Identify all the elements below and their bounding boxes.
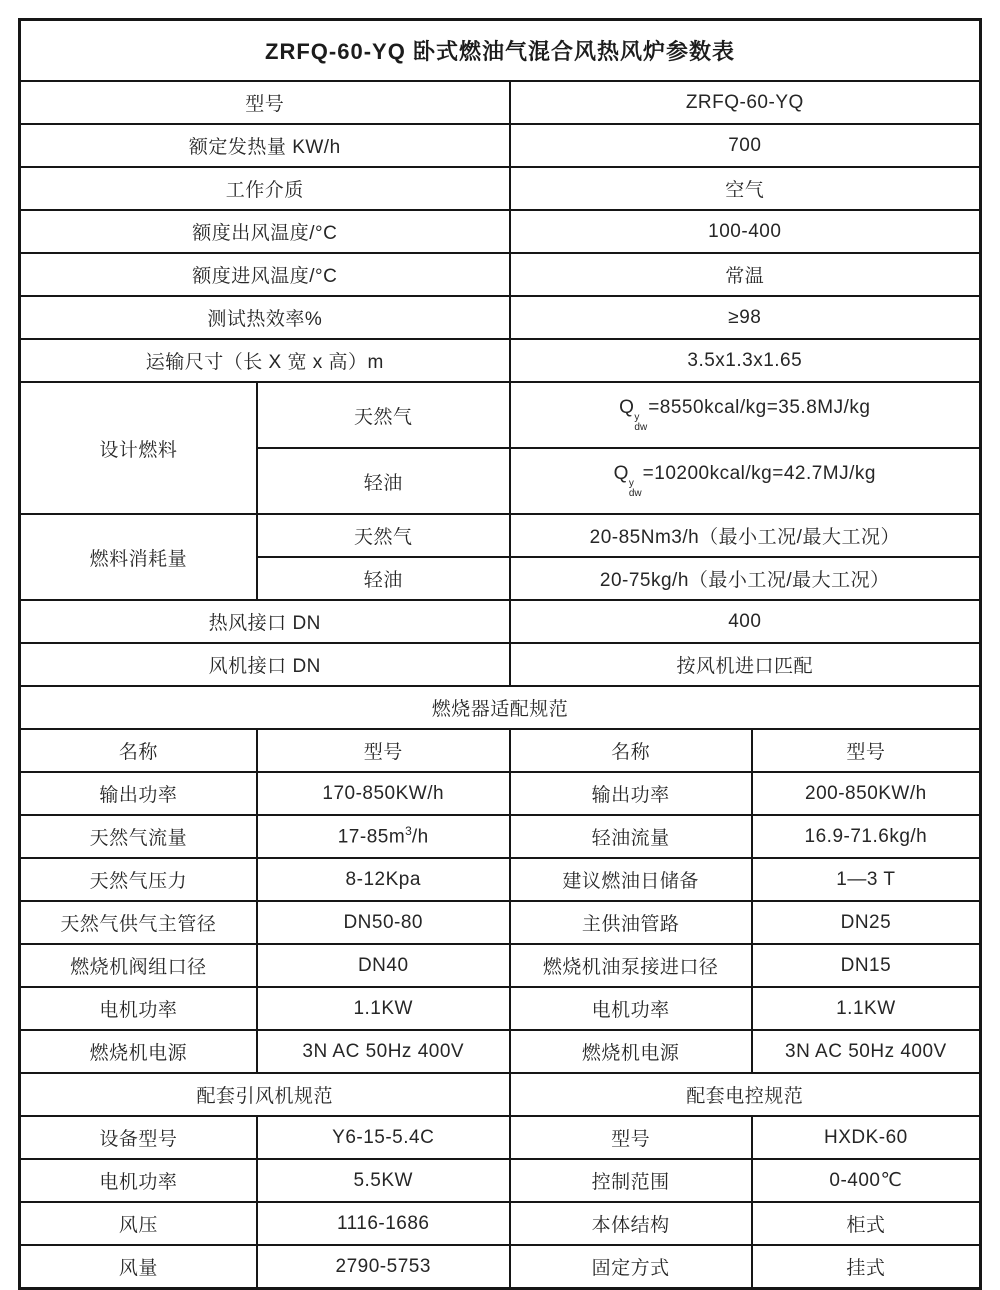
param-value: 20-75kg/h（最小工况/最大工况）	[510, 557, 981, 600]
table-row: 型号 ZRFQ-60-YQ	[20, 81, 981, 124]
param-value: 100-400	[510, 210, 981, 253]
param-label: 额度进风温度/°C	[20, 253, 510, 296]
param-value: 挂式	[752, 1245, 981, 1289]
param-value: 5.5KW	[257, 1159, 510, 1202]
param-label: 运输尺寸（长 X 宽 x 高）m	[20, 339, 510, 382]
group-label-fuel-consumption: 燃料消耗量	[20, 514, 257, 600]
table-row: 测试热效率% ≥98	[20, 296, 981, 339]
param-value: 0-400℃	[752, 1159, 981, 1202]
table-row: 电机功率 1.1KW 电机功率 1.1KW	[20, 987, 981, 1030]
param-value: DN40	[257, 944, 510, 987]
table-row: 热风接口 DN 400	[20, 600, 981, 643]
param-value: 16.9-71.6kg/h	[752, 815, 981, 858]
param-label: 额定发热量 KW/h	[20, 124, 510, 167]
param-label: 型号	[20, 81, 510, 124]
sup-sub-stack: ydw	[634, 413, 647, 434]
param-value: 20-85Nm3/h（最小工况/最大工况）	[510, 514, 981, 557]
table-row: 燃料消耗量 天然气 20-85Nm3/h（最小工况/最大工况）	[20, 514, 981, 557]
section-header-control: 配套电控规范	[510, 1073, 981, 1116]
param-label: 输出功率	[20, 772, 257, 815]
param-label: 建议燃油日储备	[510, 858, 752, 901]
param-label: 燃烧机油泵接进口径	[510, 944, 752, 987]
table-row: 运输尺寸（长 X 宽 x 高）m 3.5x1.3x1.65	[20, 339, 981, 382]
param-value: 170-850KW/h	[257, 772, 510, 815]
table-row: 额定发热量 KW/h 700	[20, 124, 981, 167]
param-value: ZRFQ-60-YQ	[510, 81, 981, 124]
param-value: 1116-1686	[257, 1202, 510, 1245]
table-row: 风压 1116-1686 本体结构 柜式	[20, 1202, 981, 1245]
param-label: 燃烧机电源	[20, 1030, 257, 1073]
param-label: 输出功率	[510, 772, 752, 815]
table-row: 设计燃料 天然气 Qydw=8550kcal/kg=35.8MJ/kg	[20, 382, 981, 448]
table-row: 燃烧机阀组口径 DN40 燃烧机油泵接进口径 DN15	[20, 944, 981, 987]
table-row: 名称 型号 名称 型号	[20, 729, 981, 772]
param-label: 测试热效率%	[20, 296, 510, 339]
param-value: 按风机进口匹配	[510, 643, 981, 686]
table-title: ZRFQ-60-YQ 卧式燃油气混合风热风炉参数表	[20, 20, 981, 82]
param-label: 本体结构	[510, 1202, 752, 1245]
param-label: 控制范围	[510, 1159, 752, 1202]
table-row: 工作介质 空气	[20, 167, 981, 210]
param-label: 固定方式	[510, 1245, 752, 1289]
param-label: 燃烧机阀组口径	[20, 944, 257, 987]
table-row: 天然气供气主管径 DN50-80 主供油管路 DN25	[20, 901, 981, 944]
param-value: 400	[510, 600, 981, 643]
param-value: Qydw=8550kcal/kg=35.8MJ/kg	[510, 382, 981, 448]
param-value: 2790-5753	[257, 1245, 510, 1289]
column-header: 型号	[257, 729, 510, 772]
param-label: 主供油管路	[510, 901, 752, 944]
param-value: 3N AC 50Hz 400V	[752, 1030, 981, 1073]
table-row: 天然气压力 8-12Kpa 建议燃油日储备 1—3 T	[20, 858, 981, 901]
param-value: DN50-80	[257, 901, 510, 944]
table-row: 额度进风温度/°C 常温	[20, 253, 981, 296]
table-row: 天然气流量 17-85m3/h 轻油流量 16.9-71.6kg/h	[20, 815, 981, 858]
param-label: 电机功率	[20, 987, 257, 1030]
param-value: ≥98	[510, 296, 981, 339]
section-header-fan: 配套引风机规范	[20, 1073, 510, 1116]
table-row: 设备型号 Y6-15-5.4C 型号 HXDK-60	[20, 1116, 981, 1159]
param-label: 天然气	[257, 382, 510, 448]
param-value: 200-850KW/h	[752, 772, 981, 815]
param-label: 热风接口 DN	[20, 600, 510, 643]
param-label: 型号	[510, 1116, 752, 1159]
param-label: 工作介质	[20, 167, 510, 210]
table-row: 电机功率 5.5KW 控制范围 0-400℃	[20, 1159, 981, 1202]
param-value: 柜式	[752, 1202, 981, 1245]
param-value: DN25	[752, 901, 981, 944]
param-value: 1.1KW	[752, 987, 981, 1030]
table-row: ZRFQ-60-YQ 卧式燃油气混合风热风炉参数表	[20, 20, 981, 82]
param-label: 额度出风温度/°C	[20, 210, 510, 253]
param-label: 风机接口 DN	[20, 643, 510, 686]
param-value: 3.5x1.3x1.65	[510, 339, 981, 382]
table-row: 配套引风机规范 配套电控规范	[20, 1073, 981, 1116]
table-row: 风机接口 DN 按风机进口匹配	[20, 643, 981, 686]
param-label: 轻油	[257, 448, 510, 514]
param-label: 轻油流量	[510, 815, 752, 858]
sup-sub-stack: ydw	[629, 479, 642, 500]
param-value: 1.1KW	[257, 987, 510, 1030]
param-value: Y6-15-5.4C	[257, 1116, 510, 1159]
table-row: 燃烧器适配规范	[20, 686, 981, 729]
param-label: 风量	[20, 1245, 257, 1289]
parameter-table: ZRFQ-60-YQ 卧式燃油气混合风热风炉参数表 型号 ZRFQ-60-YQ …	[18, 18, 982, 1290]
param-value: 3N AC 50Hz 400V	[257, 1030, 510, 1073]
table-row: 风量 2790-5753 固定方式 挂式	[20, 1245, 981, 1289]
param-label: 风压	[20, 1202, 257, 1245]
param-value: 常温	[510, 253, 981, 296]
group-label-design-fuel: 设计燃料	[20, 382, 257, 514]
column-header: 名称	[510, 729, 752, 772]
column-header: 名称	[20, 729, 257, 772]
param-value: 1—3 T	[752, 858, 981, 901]
param-label: 天然气	[257, 514, 510, 557]
param-value: 8-12Kpa	[257, 858, 510, 901]
param-label: 电机功率	[510, 987, 752, 1030]
param-value: 空气	[510, 167, 981, 210]
section-header-burner: 燃烧器适配规范	[20, 686, 981, 729]
param-label: 天然气压力	[20, 858, 257, 901]
param-value: 17-85m3/h	[257, 815, 510, 858]
param-value: DN15	[752, 944, 981, 987]
param-value: HXDK-60	[752, 1116, 981, 1159]
table-row: 燃烧机电源 3N AC 50Hz 400V 燃烧机电源 3N AC 50Hz 4…	[20, 1030, 981, 1073]
param-value: Qydw=10200kcal/kg=42.7MJ/kg	[510, 448, 981, 514]
param-value: 700	[510, 124, 981, 167]
table-row: 输出功率 170-850KW/h 输出功率 200-850KW/h	[20, 772, 981, 815]
parameter-sheet: ZRFQ-60-YQ 卧式燃油气混合风热风炉参数表 型号 ZRFQ-60-YQ …	[0, 0, 1000, 1247]
param-label: 电机功率	[20, 1159, 257, 1202]
param-label: 轻油	[257, 557, 510, 600]
param-label: 天然气流量	[20, 815, 257, 858]
table-row: 额度出风温度/°C 100-400	[20, 210, 981, 253]
param-label: 设备型号	[20, 1116, 257, 1159]
column-header: 型号	[752, 729, 981, 772]
param-label: 燃烧机电源	[510, 1030, 752, 1073]
param-label: 天然气供气主管径	[20, 901, 257, 944]
